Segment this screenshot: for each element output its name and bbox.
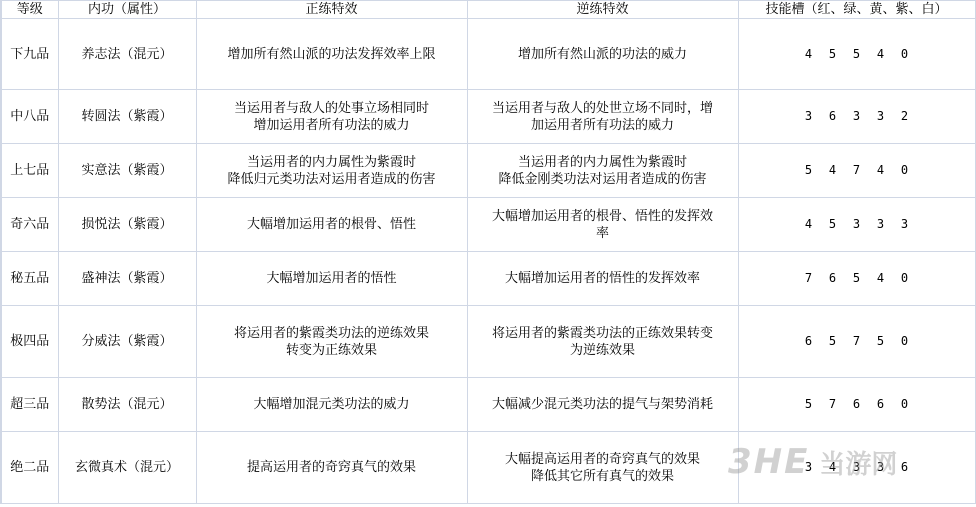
skill-table: 等级 内功（属性） 正练特效 逆练特效 技能槽（红、绿、黄、紫、白） 下九品养志… [0,0,976,504]
slot-count: 7 [845,162,869,179]
slot-count: 4 [869,162,893,179]
table-row: 中八品转圆法（紫霞）当运用者与敌人的处事立场相同时增加运用者所有功法的威力当运用… [1,90,975,144]
grade-cell: 上七品 [1,144,58,198]
table-row: 极四品分威法（紫霞）将运用者的紫霞类功法的逆练效果转变为正练效果将运用者的紫霞类… [1,306,975,378]
forward-effect-cell: 大幅增加运用者的根骨、悟性 [196,198,467,252]
table-row: 下九品养志法（混元）增加所有然山派的功法发挥效率上限增加所有然山派的功法的威力4… [1,19,975,90]
slot-count: 0 [893,333,917,350]
effect-line: 降低金刚类功法对运用者造成的伤害 [468,171,738,188]
slot-count: 4 [797,46,821,63]
grade-cell: 中八品 [1,90,58,144]
header-skill-slots: 技能槽（红、绿、黄、紫、白） [738,1,975,19]
effect-line: 增加所有然山派的功法的威力 [468,46,738,63]
effect-line: 率 [468,225,738,242]
slot-count: 6 [821,108,845,125]
slot-count: 3 [845,459,869,476]
effect-line: 增加所有然山派的功法发挥效率上限 [197,46,467,63]
slot-count: 6 [797,333,821,350]
reverse-effect-cell: 当运用者与敌人的处世立场不同时，增加运用者所有功法的威力 [467,90,738,144]
effect-line: 提高运用者的奇窍真气的效果 [197,459,467,476]
grade-cell: 极四品 [1,306,58,378]
slot-count: 7 [797,270,821,287]
slot-count: 4 [821,459,845,476]
forward-effect-cell: 将运用者的紫霞类功法的逆练效果转变为正练效果 [196,306,467,378]
grade-cell: 秘五品 [1,252,58,306]
effect-line: 大幅增加运用者的根骨、悟性的发挥效 [468,208,738,225]
slot-count: 0 [893,162,917,179]
grade-cell: 绝二品 [1,432,58,504]
slot-count: 7 [845,333,869,350]
effect-line: 大幅提高运用者的奇窍真气的效果 [468,451,738,468]
effect-line: 大幅增加混元类功法的威力 [197,396,467,413]
slots-cell: 36332 [738,90,975,144]
slot-count: 5 [797,162,821,179]
slot-count: 5 [845,270,869,287]
slot-count: 3 [869,108,893,125]
skill-cell: 实意法（紫霞） [58,144,196,198]
slot-count: 5 [869,333,893,350]
effect-line: 将运用者的紫霞类功法的正练效果转变 [468,325,738,342]
effect-line: 大幅增加运用者的悟性的发挥效率 [468,270,738,287]
forward-effect-cell: 大幅增加运用者的悟性 [196,252,467,306]
slot-count: 3 [845,216,869,233]
slot-count: 3 [893,216,917,233]
reverse-effect-cell: 大幅增加运用者的根骨、悟性的发挥效率 [467,198,738,252]
reverse-effect-cell: 大幅增加运用者的悟性的发挥效率 [467,252,738,306]
table-row: 秘五品盛神法（紫霞）大幅增加运用者的悟性大幅增加运用者的悟性的发挥效率76540 [1,252,975,306]
table-row: 绝二品玄微真术（混元）提高运用者的奇窍真气的效果大幅提高运用者的奇窍真气的效果降… [1,432,975,504]
slots-cell: 54740 [738,144,975,198]
header-row: 等级 内功（属性） 正练特效 逆练特效 技能槽（红、绿、黄、紫、白） [1,1,975,19]
table-row: 奇六品损悦法（紫霞）大幅增加运用者的根骨、悟性大幅增加运用者的根骨、悟性的发挥效… [1,198,975,252]
slot-count: 7 [821,396,845,413]
effect-line: 当运用者的内力属性为紫霞时 [468,154,738,171]
effect-line: 为逆练效果 [468,342,738,359]
header-grade: 等级 [1,1,58,19]
effect-line: 增加运用者所有功法的威力 [197,117,467,134]
reverse-effect-cell: 大幅提高运用者的奇窍真气的效果降低其它所有真气的效果 [467,432,738,504]
slot-count: 3 [797,459,821,476]
slot-count: 2 [893,108,917,125]
effect-line: 将运用者的紫霞类功法的逆练效果 [197,325,467,342]
effect-line: 大幅减少混元类功法的提气与架势消耗 [468,396,738,413]
header-skill: 内功（属性） [58,1,196,19]
slots-cell: 45540 [738,19,975,90]
slot-count: 5 [821,216,845,233]
slot-count: 6 [821,270,845,287]
slot-count: 4 [869,270,893,287]
slot-count: 4 [869,46,893,63]
effect-line: 当运用者与敌人的处事立场相同时 [197,100,467,117]
effect-line: 大幅增加运用者的悟性 [197,270,467,287]
table-row: 超三品散势法（混元）大幅增加混元类功法的威力大幅减少混元类功法的提气与架势消耗5… [1,378,975,432]
skill-cell: 玄微真术（混元） [58,432,196,504]
forward-effect-cell: 大幅增加混元类功法的威力 [196,378,467,432]
slot-count: 6 [893,459,917,476]
grade-cell: 下九品 [1,19,58,90]
reverse-effect-cell: 大幅减少混元类功法的提气与架势消耗 [467,378,738,432]
skill-cell: 养志法（混元） [58,19,196,90]
table-row: 上七品实意法（紫霞）当运用者的内力属性为紫霞时降低归元类功法对运用者造成的伤害当… [1,144,975,198]
slot-count: 5 [845,46,869,63]
slot-count: 3 [797,108,821,125]
slot-count: 0 [893,270,917,287]
forward-effect-cell: 增加所有然山派的功法发挥效率上限 [196,19,467,90]
skill-cell: 损悦法（紫霞） [58,198,196,252]
reverse-effect-cell: 当运用者的内力属性为紫霞时降低金刚类功法对运用者造成的伤害 [467,144,738,198]
effect-line: 降低归元类功法对运用者造成的伤害 [197,171,467,188]
slot-count: 3 [869,459,893,476]
slot-count: 3 [845,108,869,125]
grade-cell: 奇六品 [1,198,58,252]
skill-cell: 分威法（紫霞） [58,306,196,378]
forward-effect-cell: 提高运用者的奇窍真气的效果 [196,432,467,504]
slot-count: 6 [845,396,869,413]
reverse-effect-cell: 增加所有然山派的功法的威力 [467,19,738,90]
effect-line: 降低其它所有真气的效果 [468,468,738,485]
skill-cell: 盛神法（紫霞） [58,252,196,306]
forward-effect-cell: 当运用者与敌人的处事立场相同时增加运用者所有功法的威力 [196,90,467,144]
slot-count: 4 [797,216,821,233]
skill-cell: 散势法（混元） [58,378,196,432]
effect-line: 大幅增加运用者的根骨、悟性 [197,216,467,233]
slots-cell: 57660 [738,378,975,432]
slot-count: 0 [893,396,917,413]
slot-count: 5 [797,396,821,413]
slot-count: 5 [821,46,845,63]
slot-count: 0 [893,46,917,63]
effect-line: 当运用者与敌人的处世立场不同时，增 [468,100,738,117]
header-reverse-effect: 逆练特效 [467,1,738,19]
slots-cell: 65750 [738,306,975,378]
header-forward-effect: 正练特效 [196,1,467,19]
slot-count: 5 [821,333,845,350]
effect-line: 加运用者所有功法的威力 [468,117,738,134]
effect-line: 转变为正练效果 [197,342,467,359]
grade-cell: 超三品 [1,378,58,432]
slot-count: 4 [821,162,845,179]
slot-count: 3 [869,216,893,233]
effect-line: 当运用者的内力属性为紫霞时 [197,154,467,171]
forward-effect-cell: 当运用者的内力属性为紫霞时降低归元类功法对运用者造成的伤害 [196,144,467,198]
reverse-effect-cell: 将运用者的紫霞类功法的正练效果转变为逆练效果 [467,306,738,378]
slot-count: 6 [869,396,893,413]
slots-cell: 34336 [738,432,975,504]
slots-cell: 45333 [738,198,975,252]
skill-cell: 转圆法（紫霞） [58,90,196,144]
slots-cell: 76540 [738,252,975,306]
